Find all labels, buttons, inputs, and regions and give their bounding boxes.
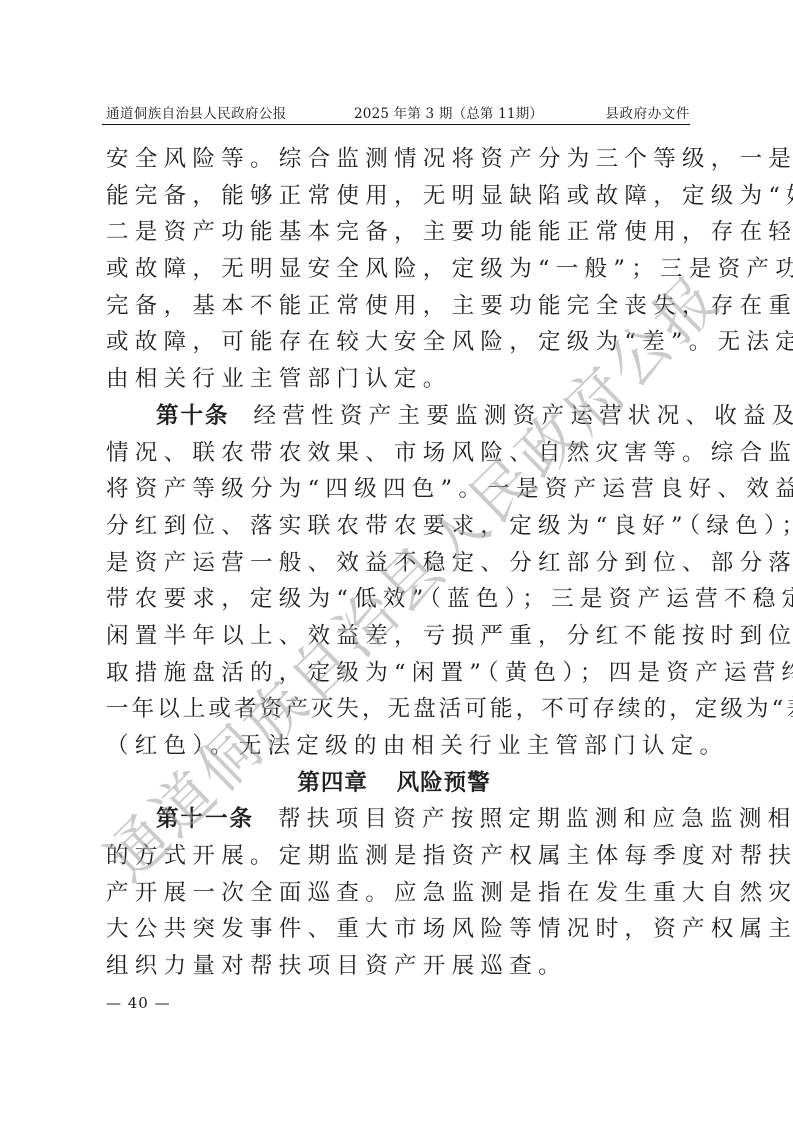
text-line: 组织力量对帮扶项目资产开展巡查。 [106, 948, 690, 985]
article-11-first-line: 第十一条帮扶项目资产按照定期监测和应急监测相结合 [106, 801, 690, 838]
chapter-heading: 第四章 风险预警 [106, 765, 690, 802]
text-line: 或故障，无明显安全风险，定级为“一般”；三是资产功能不 [106, 251, 690, 288]
article-10-text: 经营性资产主要监测资产运营状况、收益及分红 [254, 403, 793, 429]
text-line: 能完备，能够正常使用，无明显缺陷或故障，定级为“好”； [106, 178, 690, 215]
text-line: 二是资产功能基本完备，主要功能能正常使用，存在轻微缺陷 [106, 214, 690, 251]
article-10-first-line: 第十条经营性资产主要监测资产运营状况、收益及分红 [106, 398, 690, 435]
text-line: 情况、联农带农效果、市场风险、自然灾害等。综合监测情况 [106, 435, 690, 472]
text-line: 产开展一次全面巡查。应急监测是指在发生重大自然灾害、重 [106, 875, 690, 912]
chapter-number: 第四章 [297, 770, 368, 796]
running-header: 通道侗族自治县人民政府公报 2025 年第 3 期（总第 11期） 县政府办文件 [102, 104, 690, 125]
text-line: 带农要求，定级为“低效”（蓝色）；三是资产运营不稳定， [106, 581, 690, 618]
text-line: 分红到位、落实联农带农要求，定级为“良好”（绿色）；二 [106, 508, 690, 545]
article-11-text: 帮扶项目资产按照定期监测和应急监测相结合 [278, 806, 793, 832]
text-line: 将资产等级分为“四级四色”。一是资产运营良好、效益稳定、 [106, 471, 690, 508]
issue-info: 2025 年第 3 期（总第 11期） [354, 105, 543, 123]
chapter-title: 风险预警 [397, 770, 491, 796]
text-line: 安全风险等。综合监测情况将资产分为三个等级，一是资产功 [106, 141, 690, 178]
document-page: 通道侗族自治县人民政府公报 2025 年第 3 期（总第 11期） 县政府办文件… [0, 0, 793, 1122]
text-line: 完备，基本不能正常使用，主要功能完全丧失，存在重大缺陷 [106, 288, 690, 325]
text-line: 由相关行业主管部门认定。 [106, 361, 690, 398]
text-line: 大公共突发事件、重大市场风险等情况时，资产权属主体及时 [106, 911, 690, 948]
page-number: — 40 — [106, 994, 171, 1012]
body-text: 安全风险等。综合监测情况将资产分为三个等级，一是资产功 能完备，能够正常使用，无… [106, 141, 690, 985]
text-line: （红色）。无法定级的由相关行业主管部门认定。 [106, 728, 690, 765]
text-line: 是资产运营一般、效益不稳定、分红部分到位、部分落实联农 [106, 545, 690, 582]
article-10-label: 第十条 [156, 403, 230, 429]
publication-name: 通道侗族自治县人民政府公报 [106, 105, 287, 123]
text-line: 或故障，可能存在较大安全风险，定级为“差”。无法定级的 [106, 324, 690, 361]
section-label: 县政府办文件 [605, 105, 690, 123]
text-line: 一年以上或者资产灭失，无盘活可能，不可存续的，定级为“差” [106, 691, 690, 728]
article-11-label: 第十一条 [156, 806, 254, 832]
text-line: 闲置半年以上、效益差，亏损严重，分红不能按时到位，可采 [106, 618, 690, 655]
text-line: 取措施盘活的，定级为“闲置”（黄色）；四是资产运营终止 [106, 655, 690, 692]
text-line: 的方式开展。定期监测是指资产权属主体每季度对帮扶项目资 [106, 838, 690, 875]
